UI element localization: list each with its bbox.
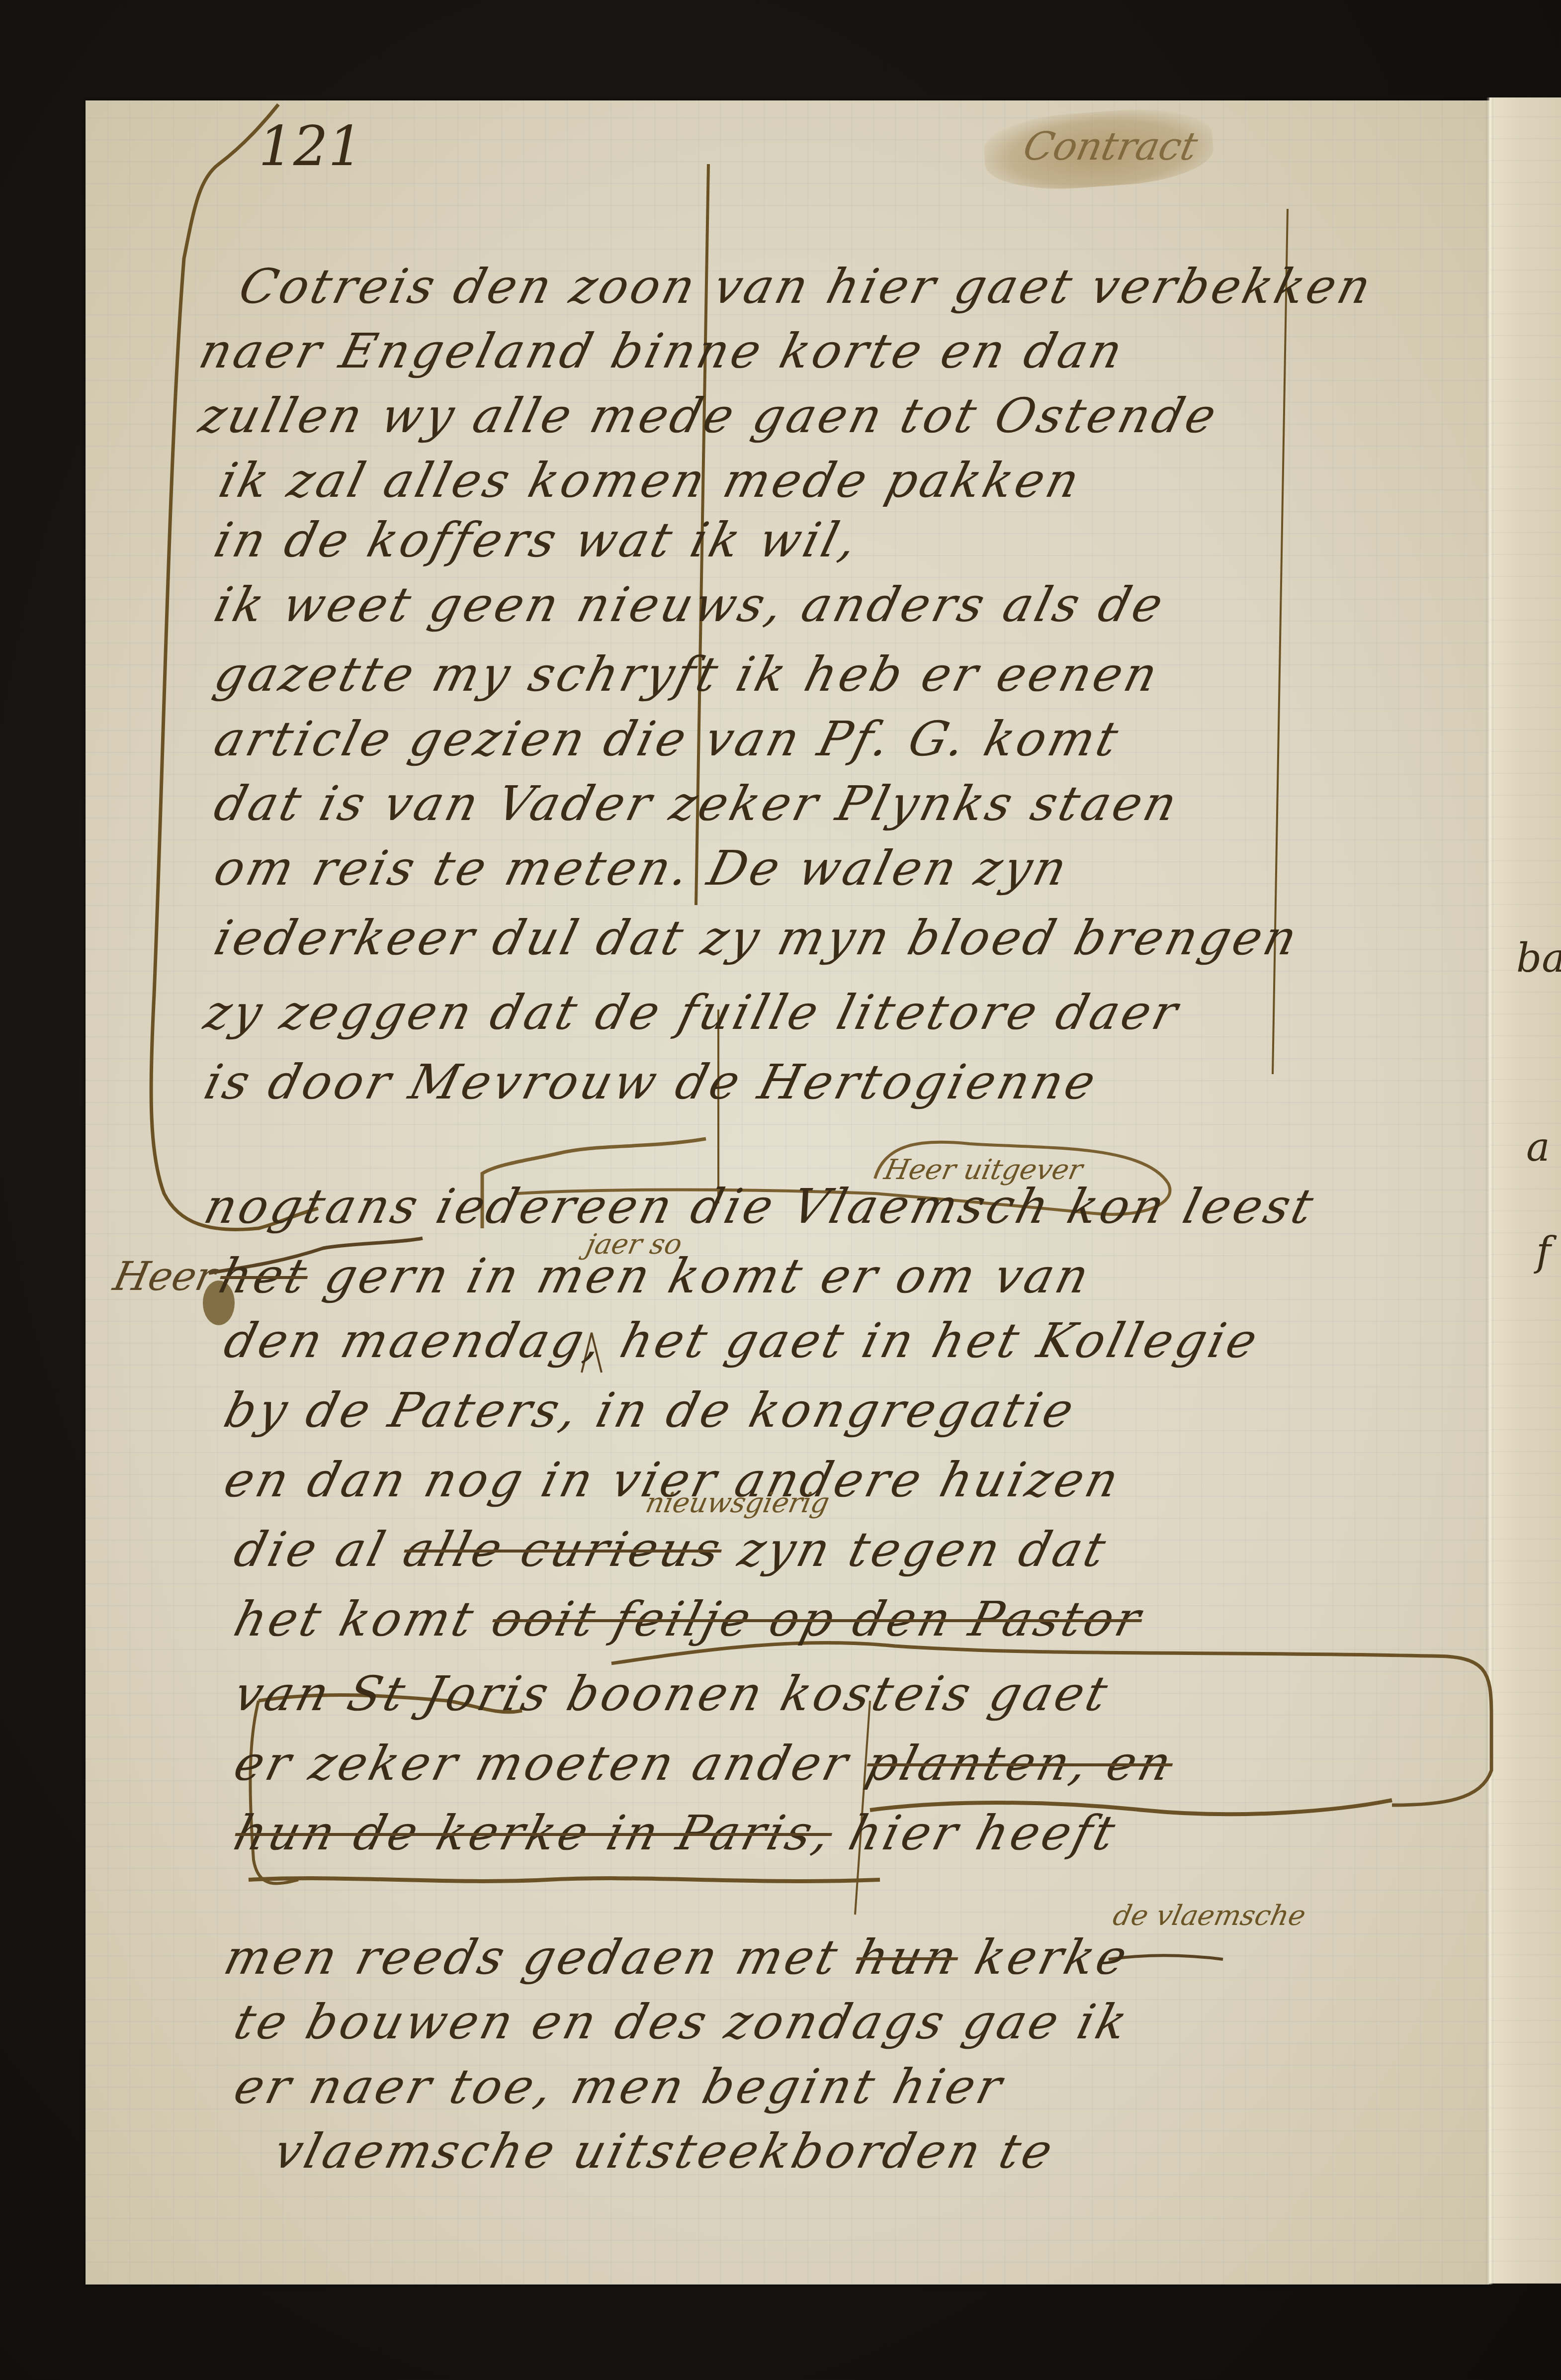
text-line-3: zullen wy alle mede gaen tot Ostende <box>194 388 1224 444</box>
text-line-27: vlaemsche uitsteekborden te <box>268 2123 1061 2179</box>
text-line-8: article gezien die van Pf. G. komt <box>209 711 1127 767</box>
text-line-24: men reeds gedaen met hun kerke <box>219 1929 1135 1985</box>
smudged-word: Contract <box>1019 124 1201 169</box>
text-line-13: is door Mevrouw de Hertogienne <box>199 1054 1104 1110</box>
page-fold <box>1486 97 1493 2285</box>
adjacent-fragment: bal <box>1516 935 1561 981</box>
annotation-de-vlaemsche: de vlaemsche <box>1110 1900 1308 1932</box>
text-line-15: het gern in men komt er om van <box>214 1248 1097 1304</box>
text-line-4: ik zal alles komen mede pakken <box>214 453 1088 508</box>
text-line-9: dat is van Vader zeker Plynks staen <box>209 776 1185 831</box>
text-line-11: iederkeer dul dat zy myn bloed brengen <box>209 910 1305 966</box>
text-line-23: hun de kerke in Paris, hier heeft <box>229 1805 1124 1861</box>
text-line-17: by de Paters, in de kongregatie <box>219 1382 1082 1438</box>
text-line-26: er naer toe, men begint hier <box>229 2059 1010 2114</box>
annotation-nieuwsgierig: nieuwsgierig <box>643 1487 832 1519</box>
struck-text: het <box>214 1248 315 1304</box>
adjacent-fragment: a <box>1526 1124 1550 1170</box>
text-line-5: in de koffers wat ik wil, <box>209 512 866 568</box>
text-line-14: nogtans iedereen die Vlaemsch kon leest <box>199 1179 1322 1234</box>
text-line-20: het komt ooit feilje op den Pastor <box>229 1591 1149 1647</box>
text-line-12: zy zeggen dat de fuille litetore daer <box>199 985 1186 1040</box>
struck-text: ooit feilje op den Pastor <box>486 1591 1149 1647</box>
text-line-2: naer Engeland binne korte en dan <box>194 323 1131 379</box>
struck-text: hun <box>850 1929 965 1985</box>
text-line-25: te bouwen en des zondags gae ik <box>229 1994 1135 2050</box>
struck-text: hun de kerke in Paris, <box>229 1805 839 1861</box>
adjacent-fragment: f <box>1536 1228 1551 1275</box>
text-line-16: den maendag, het gaet in het Kollegie <box>219 1313 1266 1369</box>
adjacent-page-edge <box>1489 97 1561 2284</box>
page-number: 121 <box>259 114 363 178</box>
text-line-1: Cotreis den zoon van hier gaet verbekken <box>234 259 1379 314</box>
text-line-22: er zeker moeten ander planten, en <box>229 1736 1180 1791</box>
text-line-7: gazette my schryft ik heb er eenen <box>209 646 1166 702</box>
struck-text: planten, en <box>861 1736 1180 1791</box>
text-line-10: om reis te meten. De walen zyn <box>209 840 1075 896</box>
text-line-21: van St Joris boonen kosteis gaet <box>229 1666 1116 1722</box>
text-line-6: ik weet geen nieuws, anders als de <box>209 577 1171 633</box>
struck-text: alle curieus <box>398 1522 729 1577</box>
text-line-19: die al alle curieus zyn tegen dat <box>229 1522 1114 1577</box>
margin-note-heer: Heer <box>109 1253 220 1299</box>
